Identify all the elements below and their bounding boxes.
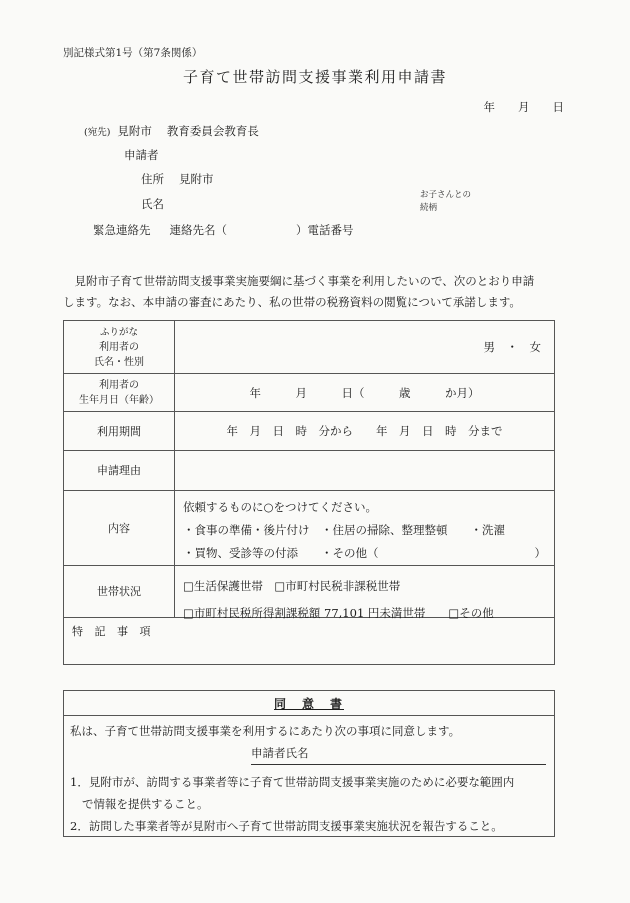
intro-line1: 見附市子育て世帯訪問支援事業実施要綱に基づく事業を利用したいので、次のとおり申請	[63, 271, 562, 292]
applicant-label: 申請者	[124, 147, 159, 163]
emergency-contact-line: 緊急連絡先連絡先名（ ）電話番号	[93, 222, 354, 238]
other-close-paren: ）	[535, 542, 547, 565]
intro-line2: します。なお、本申請の審査にあたり、私の世帯の税務資料の閲覧について承諾します。	[63, 292, 562, 313]
birthdate-cell: 年 月 日（ 歳 か月）	[175, 374, 554, 411]
addressee-prefix: (宛先)	[84, 124, 110, 138]
table-row-notes: 特 記 事 項	[64, 618, 554, 664]
sex-options: 男 ・ 女	[484, 339, 542, 355]
consent-items: 1．見附市が、訪問する事業者等に子育て世帯訪問支援事業実施のために必要な範囲内 …	[70, 771, 548, 837]
consent-item-1-line1: 1．見附市が、訪問する事業者等に子育て世帯訪問支援事業実施のために必要な範囲内	[70, 771, 548, 793]
notes-label: 特 記 事 項	[64, 618, 554, 664]
name-label: 氏名	[141, 196, 164, 212]
table-row-birthdate: 利用者の 生年月日（年齢） 年 月 日（ 歳 か月）	[64, 374, 554, 412]
sex-choice-cell: 男 ・ 女	[175, 321, 554, 373]
consent-intro: 私は、子育て世帯訪問支援事業を利用するにあたり次の事項に同意します。	[70, 722, 548, 740]
content-instruction: 依頼するものに○をつけてください。	[183, 496, 546, 519]
furigana-label: ふりがな	[100, 325, 138, 340]
household-label: 世帯状況	[64, 566, 175, 617]
address-line: 住所見附市	[141, 171, 214, 187]
addressee-city: 見附市	[117, 123, 152, 139]
table-row-reason: 申請理由	[64, 451, 554, 491]
consent-title: 同 意 書	[274, 695, 344, 712]
furigana-name-sex-label: ふりがな 利用者の 氏名・性別	[64, 321, 175, 373]
application-table: ふりがな 利用者の 氏名・性別 男 ・ 女 利用者の 生年月日（年齢） 年 月 …	[63, 320, 555, 665]
applicant-name-field: 申請者氏名	[251, 745, 546, 765]
period-cell: 年 月 日 時 分から 年 月 日 時 分まで	[175, 412, 554, 450]
table-row-furigana-name-sex: ふりがな 利用者の 氏名・性別 男 ・ 女	[64, 321, 554, 374]
form-number: 別記様式第1号（第7条関係）	[63, 45, 202, 60]
relation-note: お子さんとの 続柄	[420, 189, 471, 215]
household-checkboxes-1: □生活保護世帯 □市町村民税非課税世帯	[183, 573, 546, 600]
consent-body: 私は、子育て世帯訪問支援事業を利用するにあたり次の事項に同意します。 申請者氏名…	[64, 716, 554, 837]
content-label: 内容	[64, 491, 175, 565]
table-row-period: 利用期間 年 月 日 時 分から 年 月 日 時 分まで	[64, 412, 554, 451]
intro-paragraph: 見附市子育て世帯訪問支援事業実施要綱に基づく事業を利用したいので、次のとおり申請…	[63, 271, 562, 312]
relation-note-line1: お子さんとの	[420, 189, 471, 202]
date-line: 年 月 日	[484, 99, 565, 115]
address-value: 見附市	[179, 172, 214, 186]
addressee-line: (宛先) 見附市 教育委員会教育長	[84, 123, 259, 139]
reason-cell	[175, 451, 554, 490]
consent-header: 同 意 書	[64, 691, 554, 716]
consent-item-1-line2: で情報を提供すること。	[82, 793, 548, 815]
content-options-2: ・買物、受診等の付添 ・その他（ ）	[183, 542, 546, 565]
reason-label: 申請理由	[64, 451, 175, 490]
relation-note-line2: 続柄	[420, 202, 471, 215]
application-form-page: 別記様式第1号（第7条関係） 子育て世帯訪問支援事業利用申請書 年 月 日 (宛…	[0, 0, 630, 903]
content-options-1: ・食事の準備・後片付け ・住居の掃除、整理整頓 ・洗濯	[183, 519, 546, 542]
table-row-household: 世帯状況 □生活保護世帯 □市町村民税非課税世帯 □市町村民税所得割課税額 77…	[64, 566, 554, 618]
emergency-value: 連絡先名（ ）電話番号	[170, 223, 354, 237]
page-title: 子育て世帯訪問支援事業利用申請書	[0, 66, 630, 87]
addressee-office: 教育委員会教育長	[167, 123, 259, 139]
period-label: 利用期間	[64, 412, 175, 450]
address-label: 住所	[141, 172, 164, 186]
consent-item-2: 2．訪問した事業者等が見附市へ子育て世帯訪問支援事業実施状況を報告すること。	[70, 815, 548, 837]
table-row-content: 内容 依頼するものに○をつけてください。 ・食事の準備・後片付け ・住居の掃除、…	[64, 491, 554, 566]
content-cell: 依頼するものに○をつけてください。 ・食事の準備・後片付け ・住居の掃除、整理整…	[175, 491, 554, 565]
consent-box: 同 意 書 私は、子育て世帯訪問支援事業を利用するにあたり次の事項に同意します。…	[63, 690, 555, 837]
emergency-label: 緊急連絡先	[93, 223, 151, 237]
birthdate-label: 利用者の 生年月日（年齢）	[64, 374, 175, 411]
household-cell: □生活保護世帯 □市町村民税非課税世帯 □市町村民税所得割課税額 77,101 …	[175, 566, 554, 617]
